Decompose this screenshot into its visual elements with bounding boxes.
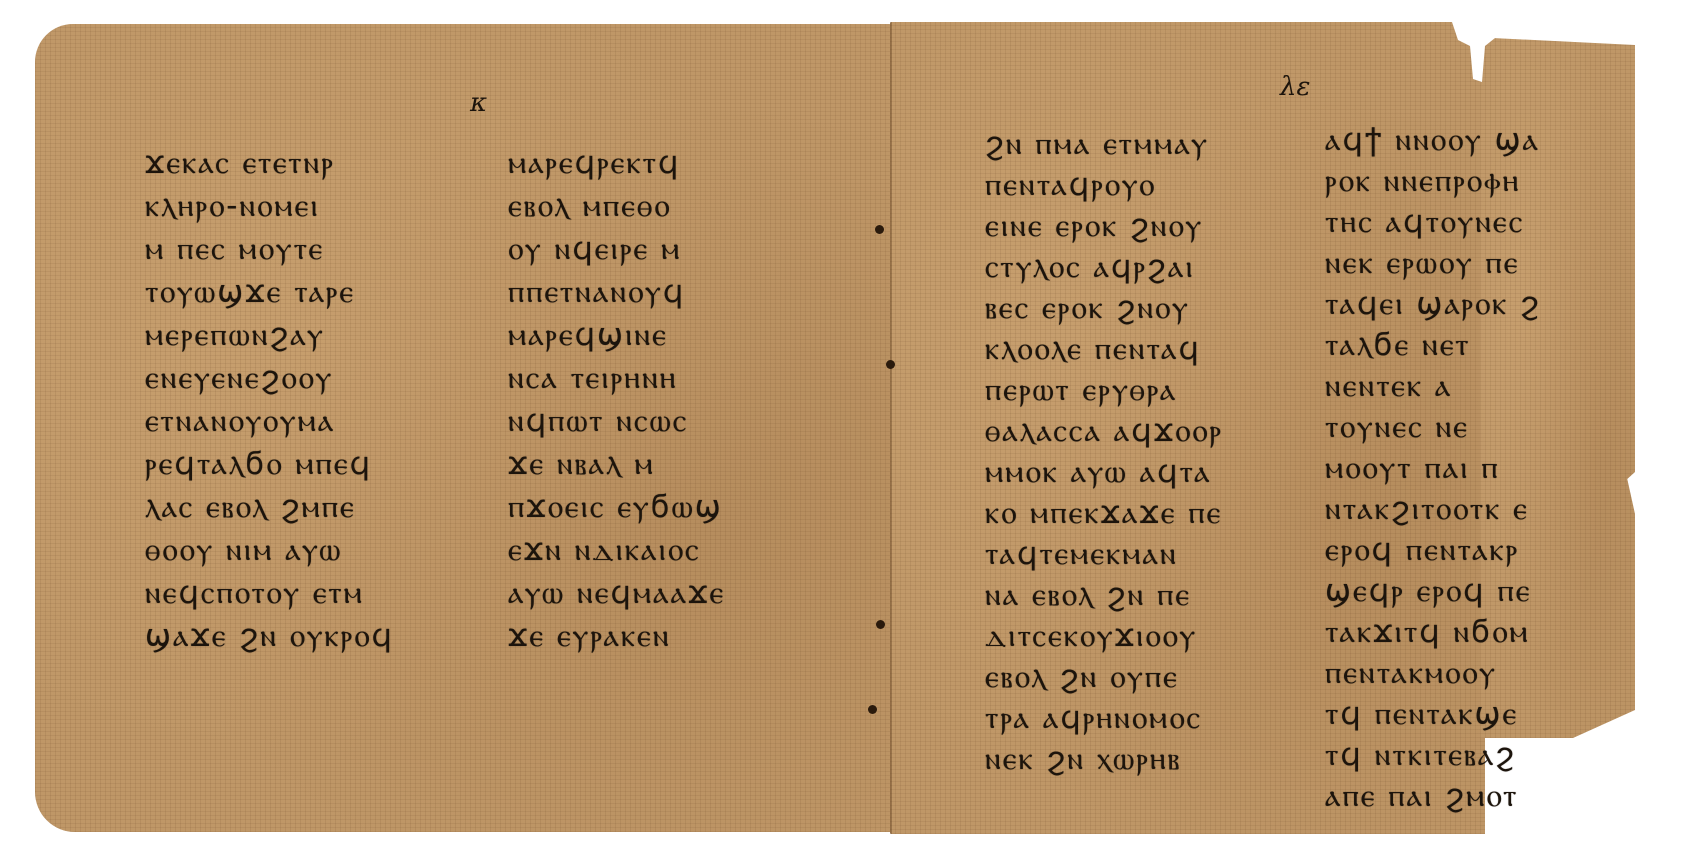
text-line: ϣⲉϥⲣ ⲉⲣⲟϥ ⲡⲉ bbox=[1325, 571, 1541, 612]
text-line: ⲕⲗⲟⲟⲗⲉ ⲡⲉⲛⲧⲁϥ bbox=[985, 329, 1223, 370]
text-column-2: ⲙⲁⲣⲉϥⲣⲉⲕⲧϥ ⲉⲃⲟⲗ ⲙⲡⲉⲑⲟ ⲟⲩ ⲛϥⲉⲓⲣⲉ ⲙ ⲡⲡⲉⲧⲛⲁ… bbox=[508, 142, 725, 658]
text-line: ⲛⲉⲛⲧⲉⲕ ⲁ bbox=[1325, 366, 1541, 407]
wormhole bbox=[868, 705, 877, 714]
text-line: ⲧⲟⲩⲱϣϫⲉ ⲧⲁⲣⲉ bbox=[145, 271, 394, 314]
text-line: ⲙⲁⲣⲉϥⲣⲉⲕⲧϥ bbox=[508, 142, 725, 185]
text-line: ϫⲉ ⲉⲩⲣⲁⲕⲉⲛ bbox=[508, 615, 725, 658]
text-line: ⲉϫⲛ ⲛⲇⲓⲕⲁⲓⲟⲥ bbox=[508, 529, 725, 572]
text-line: ⲛⲉϥⲥⲡⲟⲧⲟⲩ ⲉⲧⲙ bbox=[145, 572, 394, 615]
text-line: ⲧⲁⲗϭⲉ ⲛⲉⲧ bbox=[1325, 325, 1541, 366]
text-line: ⲧⲣⲁ ⲁϥⲣⲏⲛⲟⲙⲟⲥ bbox=[985, 698, 1223, 739]
text-line: ⲑⲟⲟⲩ ⲛⲓⲙ ⲁⲩⲱ bbox=[145, 529, 394, 572]
text-line: ⲇⲓⲧⲥⲉⲕⲟⲩϫⲓⲟⲟⲩ bbox=[985, 616, 1223, 657]
text-line: ⲣⲟⲕ ⲛⲛⲉⲡⲣⲟⲫⲏ bbox=[1325, 161, 1541, 202]
text-line: ⲡⲡⲉⲧⲛⲁⲛⲟⲩϥ bbox=[508, 271, 725, 314]
text-column-4: ⲁϥϯ ⲛⲛⲟⲟⲩ ϣⲁ ⲣⲟⲕ ⲛⲛⲉⲡⲣⲟⲫⲏ ⲧⲏⲥ ⲁϥⲧⲟⲩⲛⲉⲥ ⲛ… bbox=[1325, 120, 1541, 817]
text-line: ⲙⲉⲣⲉⲡⲱⲛϩⲁⲩ bbox=[145, 314, 394, 357]
text-line: ⲛϥⲡⲱⲧ ⲛⲥⲱⲥ bbox=[508, 400, 725, 443]
text-line: ⲛⲁ ⲉⲃⲟⲗ ϩⲛ ⲡⲉ bbox=[985, 575, 1223, 616]
text-line: ⲣⲉϥⲧⲁⲗϭⲟ ⲙⲡⲉϥ bbox=[145, 443, 394, 486]
text-line: ⲧⲁϥⲉⲓ ϣⲁⲣⲟⲕ ϩ bbox=[1325, 284, 1541, 325]
text-line: ⲉⲛⲉⲩⲉⲛⲉϩⲟⲟⲩ bbox=[145, 357, 394, 400]
text-line: ⲙⲁⲣⲉϥϣⲓⲛⲉ bbox=[508, 314, 725, 357]
text-line: ⲛⲉⲕ ⲉⲣⲱⲟⲩ ⲡⲉ bbox=[1325, 243, 1541, 284]
text-line: ⲡⲉⲣⲱⲧ ⲉⲣⲩⲑⲣⲁ bbox=[985, 370, 1223, 411]
wormhole bbox=[876, 620, 885, 629]
text-line: ⲧⲏⲥ ⲁϥⲧⲟⲩⲛⲉⲥ bbox=[1325, 202, 1541, 243]
text-line: ⲉⲣⲟϥ ⲡⲉⲛⲧⲁⲕⲣ bbox=[1325, 530, 1541, 571]
wormhole bbox=[886, 360, 895, 369]
text-line: ⲉⲃⲟⲗ ⲙⲡⲉⲑⲟ bbox=[508, 185, 725, 228]
text-line: ⲑⲁⲗⲁⲥⲥⲁ ⲁϥϫⲟⲟⲣ bbox=[985, 411, 1223, 452]
page-fold bbox=[890, 22, 892, 834]
text-line: ⲙ ⲡⲉⲥ ⲙⲟⲩⲧⲉ bbox=[145, 228, 394, 271]
text-line: ϩⲛ ⲡⲙⲁ ⲉⲧⲙⲙⲁⲩ bbox=[985, 124, 1223, 165]
text-line: ⲉⲧⲛⲁⲛⲟⲩⲟⲩⲙⲁ bbox=[145, 400, 394, 443]
text-line: ⲛⲥⲁ ⲧⲉⲓⲣⲏⲛⲏ bbox=[508, 357, 725, 400]
text-line: ϫⲉⲕⲁⲥ ⲉⲧⲉⲧⲛⲣ bbox=[145, 142, 394, 185]
text-line: ⲧϥ ⲛⲧⲕⲓⲧⲉⲃⲁϩ bbox=[1325, 735, 1541, 776]
text-line: ⲥⲧⲩⲗⲟⲥ ⲁϥⲣϩⲁⲓ bbox=[985, 247, 1223, 288]
text-line: ⲡⲉⲛⲧⲁϥⲣⲟⲩⲟ bbox=[985, 165, 1223, 206]
text-line: ⲧⲁⲕϫⲓⲧϥ ⲛϭⲟⲙ bbox=[1325, 612, 1541, 653]
text-line: ⲉⲃⲟⲗ ϩⲛ ⲟⲩⲡⲉ bbox=[985, 657, 1223, 698]
text-line: ⲃⲉⲥ ⲉⲣⲟⲕ ϩⲛⲟⲩ bbox=[985, 288, 1223, 329]
text-line: ⲧϥ ⲡⲉⲛⲧⲁⲕϣⲉ bbox=[1325, 694, 1541, 735]
text-line: ⲉⲓⲛⲉ ⲉⲣⲟⲕ ϩⲛⲟⲩ bbox=[985, 206, 1223, 247]
text-line: ⲁϥϯ ⲛⲛⲟⲟⲩ ϣⲁ bbox=[1325, 120, 1541, 161]
text-line: ⲡⲉⲛⲧⲁⲕⲙⲟⲟⲩ bbox=[1325, 653, 1541, 694]
text-line: ⲁⲡⲉ ⲡⲁⲓ ϩⲙⲟⲧ bbox=[1325, 776, 1541, 817]
text-line: ⲕⲟ ⲙⲡⲉⲕϫⲁϫⲉ ⲡⲉ bbox=[985, 493, 1223, 534]
wormhole bbox=[875, 225, 884, 234]
text-line: ⲧⲟⲩⲛⲉⲥ ⲛⲉ bbox=[1325, 407, 1541, 448]
text-line: ⲛⲧⲁⲕϩⲓⲧⲟⲟⲧⲕ ⲉ bbox=[1325, 489, 1541, 530]
text-line: ⲧⲁϥⲧⲉⲙⲉⲕⲙⲁⲛ bbox=[985, 534, 1223, 575]
page-number-right: λε bbox=[1280, 72, 1310, 102]
page-number-left: κ bbox=[470, 88, 487, 118]
text-column-3: ϩⲛ ⲡⲙⲁ ⲉⲧⲙⲙⲁⲩ ⲡⲉⲛⲧⲁϥⲣⲟⲩⲟ ⲉⲓⲛⲉ ⲉⲣⲟⲕ ϩⲛⲟⲩ … bbox=[985, 124, 1223, 780]
text-line: ⲁⲩⲱ ⲛⲉϥⲙⲁⲁϫⲉ bbox=[508, 572, 725, 615]
text-line: ⲙⲙⲟⲕ ⲁⲩⲱ ⲁϥⲧⲁ bbox=[985, 452, 1223, 493]
text-line: ⲗⲁⲥ ⲉⲃⲟⲗ ϩⲙⲡⲉ bbox=[145, 486, 394, 529]
text-line: ⲙⲟⲟⲩⲧ ⲡⲁⲓ ⲡ bbox=[1325, 448, 1541, 489]
papyrus-manuscript: κ λε ϫⲉⲕⲁⲥ ⲉⲧⲉⲧⲛⲣ ⲕⲗⲏⲣⲟ-ⲛⲟⲙⲉⲓ ⲙ ⲡⲉⲥ ⲙⲟⲩⲧ… bbox=[0, 0, 1703, 854]
text-line: ⲟⲩ ⲛϥⲉⲓⲣⲉ ⲙ bbox=[508, 228, 725, 271]
text-line: ⲛⲉⲕ ϩⲛ ⲭⲱⲣⲏⲃ bbox=[985, 739, 1223, 780]
text-line: ⲡϫⲟⲉⲓⲥ ⲉⲩϭⲱϣ bbox=[508, 486, 725, 529]
text-column-1: ϫⲉⲕⲁⲥ ⲉⲧⲉⲧⲛⲣ ⲕⲗⲏⲣⲟ-ⲛⲟⲙⲉⲓ ⲙ ⲡⲉⲥ ⲙⲟⲩⲧⲉ ⲧⲟⲩ… bbox=[145, 142, 394, 658]
text-line: ϫⲉ ⲛⲃⲁⲗ ⲙ bbox=[508, 443, 725, 486]
text-line: ϣⲁϫⲉ ϩⲛ ⲟⲩⲕⲣⲟϥ bbox=[145, 615, 394, 658]
text-line: ⲕⲗⲏⲣⲟ-ⲛⲟⲙⲉⲓ bbox=[145, 185, 394, 228]
